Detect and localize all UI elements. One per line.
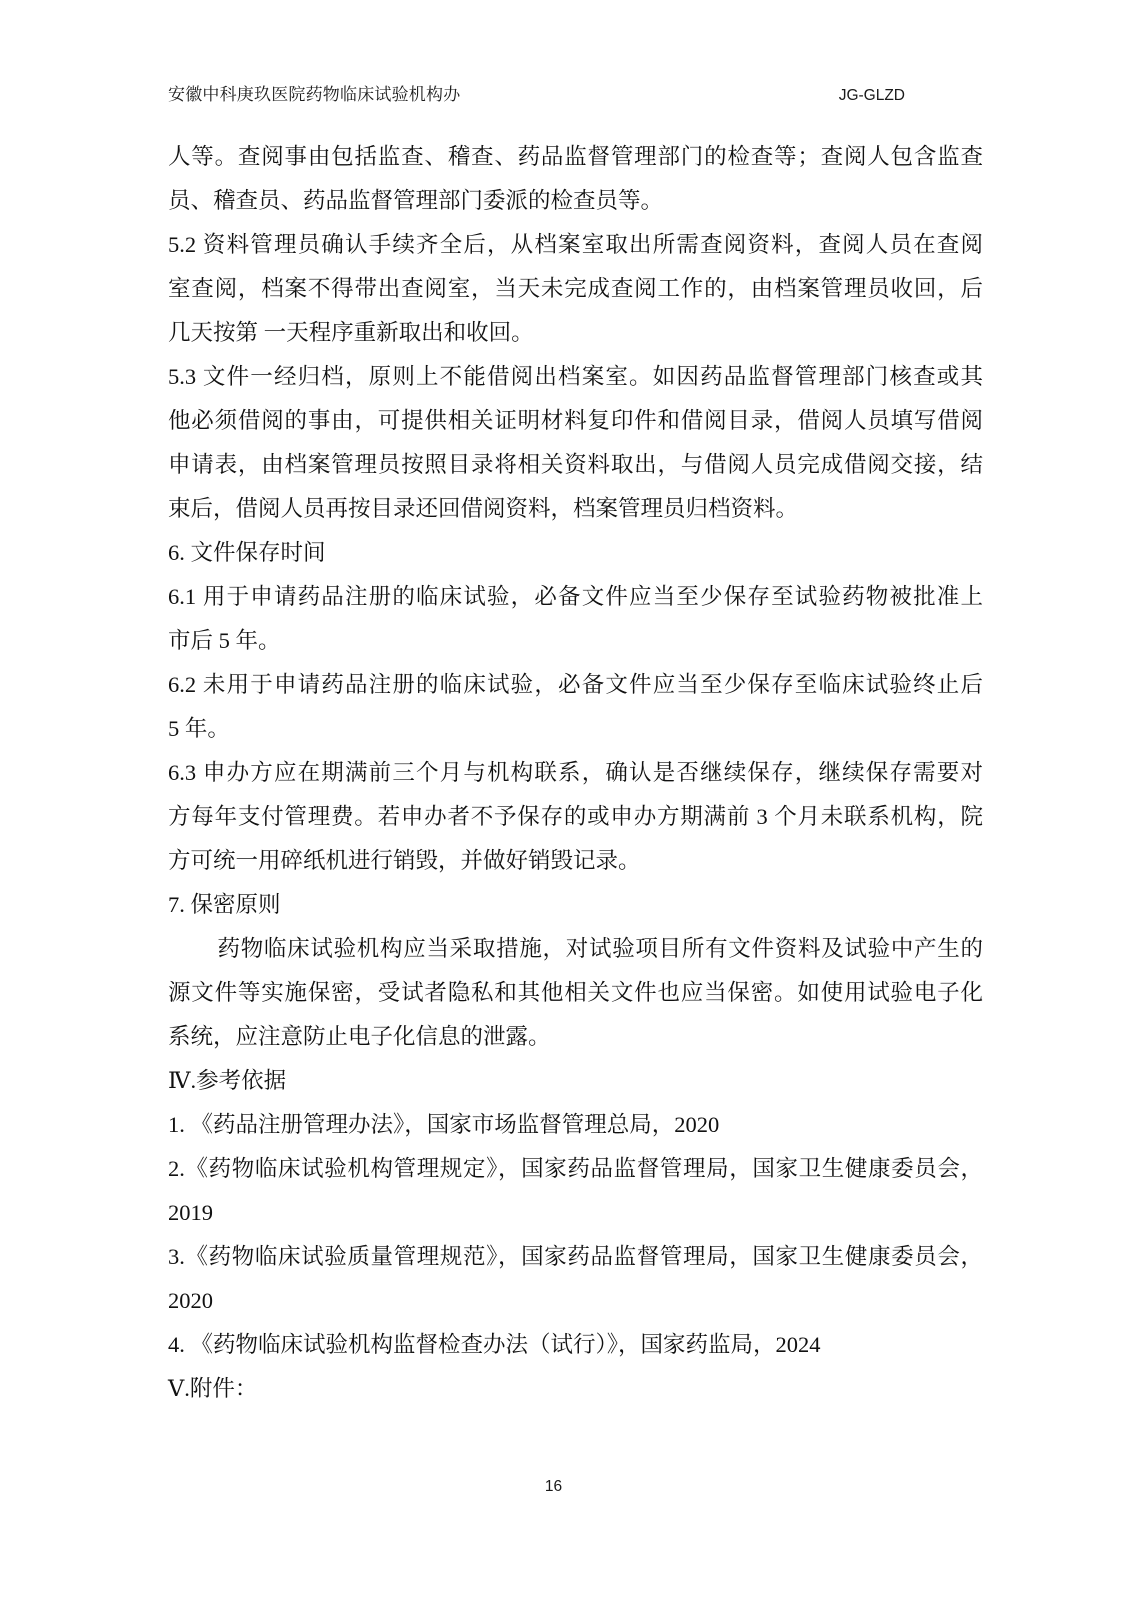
section-heading-references: Ⅳ.参考依据 xyxy=(168,1059,983,1103)
reference-item-year: 2020 xyxy=(168,1279,983,1323)
page-footer: 16 xyxy=(0,1478,1131,1496)
body-line: 5.3 文件一经归档，原则上不能借阅出档案室。如因药品监督管理部门核查或其 xyxy=(168,355,983,399)
body-line: 系统，应注意防止电子化信息的泄露。 xyxy=(168,1015,983,1059)
body-line: 6.3 申办方应在期满前三个月与机构联系，确认是否继续保存，继续保存需要对 xyxy=(168,751,983,795)
document-body: 人等。查阅事由包括监查、稽查、药品监督管理部门的检查等；查阅人包含监查 员、稽查… xyxy=(168,135,983,1411)
reference-item: 2.《药物临床试验机构管理规定》，国家药品监督管理局，国家卫生健康委员会， xyxy=(168,1147,983,1191)
reference-item: 3.《药物临床试验质量管理规范》，国家药品监督管理局，国家卫生健康委员会， xyxy=(168,1235,983,1279)
page-number: 16 xyxy=(545,1478,562,1495)
body-line: 药物临床试验机构应当采取措施，对试验项目所有文件资料及试验中产生的 xyxy=(168,927,983,971)
body-line: 5 年。 xyxy=(168,707,983,751)
body-line: 市后 5 年。 xyxy=(168,619,983,663)
document-page: 安徽中科庚玖医院药物临床试验机构办 JG-GLZD 人等。查阅事由包括监查、稽查… xyxy=(0,0,1131,1600)
section-heading-attachments: Ⅴ.附件： xyxy=(168,1367,983,1411)
body-line: 方每年支付管理费。若申办者不予保存的或申办方期满前 3 个月未联系机构，院 xyxy=(168,795,983,839)
reference-item-year: 2019 xyxy=(168,1191,983,1235)
section-heading-retention: 6. 文件保存时间 xyxy=(168,531,983,575)
section-heading-confidentiality: 7. 保密原则 xyxy=(168,883,983,927)
body-line: 室查阅，档案不得带出查阅室，当天未完成查阅工作的，由档案管理员收回，后 xyxy=(168,267,983,311)
body-line: 他必须借阅的事由，可提供相关证明材料复印件和借阅目录，借阅人员填写借阅 xyxy=(168,399,983,443)
body-line: 5.2 资料管理员确认手续齐全后，从档案室取出所需查阅资料，查阅人员在查阅 xyxy=(168,223,983,267)
body-line: 几天按第 一天程序重新取出和收回。 xyxy=(168,311,983,355)
body-line: 6.1 用于申请药品注册的临床试验，必备文件应当至少保存至试验药物被批准上 xyxy=(168,575,983,619)
body-line: 方可统一用碎纸机进行销毁，并做好销毁记录。 xyxy=(168,839,983,883)
body-line: 申请表，由档案管理员按照目录将相关资料取出，与借阅人员完成借阅交接，结 xyxy=(168,443,983,487)
page-header: 安徽中科庚玖医院药物临床试验机构办 JG-GLZD xyxy=(168,80,905,105)
body-line: 人等。查阅事由包括监查、稽查、药品监督管理部门的检查等；查阅人包含监查 xyxy=(168,135,983,179)
reference-item: 1. 《药品注册管理办法》，国家市场监督管理总局，2020 xyxy=(168,1103,983,1147)
header-document-code: JG-GLZD xyxy=(839,87,905,105)
body-line: 6.2 未用于申请药品注册的临床试验，必备文件应当至少保存至临床试验终止后 xyxy=(168,663,983,707)
body-line: 束后，借阅人员再按目录还回借阅资料，档案管理员归档资料。 xyxy=(168,487,983,531)
header-institution-title: 安徽中科庚玖医院药物临床试验机构办 xyxy=(168,80,460,105)
body-line: 员、稽查员、药品监督管理部门委派的检查员等。 xyxy=(168,179,983,223)
reference-item: 4. 《药物临床试验机构监督检查办法（试行）》，国家药监局，2024 xyxy=(168,1323,983,1367)
body-line: 源文件等实施保密，受试者隐私和其他相关文件也应当保密。如使用试验电子化 xyxy=(168,971,983,1015)
